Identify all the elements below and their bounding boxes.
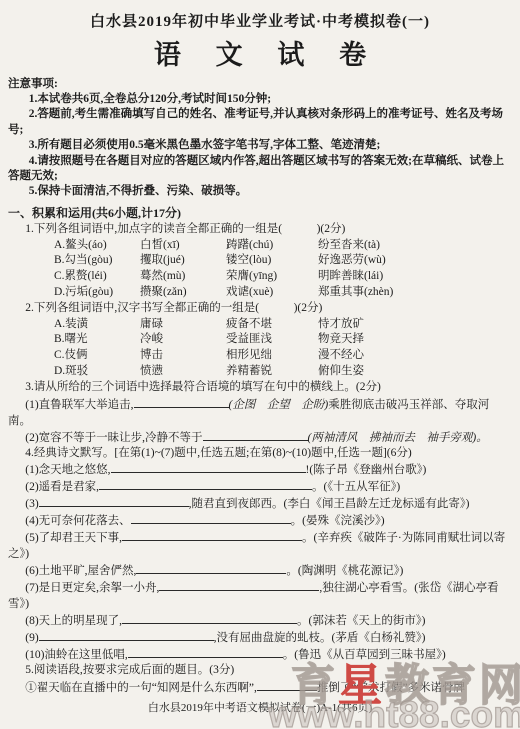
option-cell: 好逸恶劳(wù) (318, 253, 512, 269)
q4-item-2: (2)遥看是君家,。(《十五从军征》) (8, 478, 512, 495)
sub-text: ,没有屈曲盘旋的虬枝。(茅盾《白杨礼赞》) (214, 632, 426, 644)
option-cell: 博击 (140, 348, 226, 364)
sub-text: 推倒了“学术打假”多米诺骨牌 (317, 682, 465, 694)
answer-blank (122, 612, 297, 624)
q4-item-5: (5)了却君王天下事,。(辛弃疾《破阵子·为陈同甫赋壮词以寄之》) (8, 529, 512, 562)
section-heading: 一、积累和运用(共6小题,计17分) (8, 205, 512, 222)
sub-text: (1)念天地之悠悠, (25, 464, 110, 476)
sub-text: 。(《十五从军征》) (312, 481, 400, 493)
option-cell: A.鳌头(áo) (54, 238, 140, 254)
option-cell: 养精蓄锐 (226, 364, 318, 380)
sub-text: (5)了却君王天下事, (25, 532, 122, 544)
option-cell: B.曙光 (54, 332, 140, 348)
question-stem-1: 1.下列各组词语中,加点字的读音全都正确的一组是( )(2分) (8, 222, 512, 238)
sub-text: (10)油蛉在这里低唱, (25, 649, 128, 661)
sub-text: (4)无可奈何花落去、 (25, 515, 130, 527)
page-footer: 白水县2019年中考语文模拟试卷(一)A-1(共6页) (8, 701, 512, 716)
sub-question-3-2: (2)宽容不等于一昧让步,冷静不等于(两袖清风 拂袖而去 袖手旁观)。 (8, 429, 512, 446)
option-cell: B.勾当(gòu) (54, 253, 140, 269)
answer-blank (39, 629, 214, 641)
choice-words: (两袖清风 拂袖而去 袖手旁观)。 (308, 432, 488, 444)
option-cell: 庸碌 (140, 317, 226, 333)
option-cell: C.伎俩 (54, 348, 140, 364)
q4-item-3: (3),随君直到夜郎西。(李白《闻王昌龄左迁龙标遥有此寄》) (8, 495, 512, 512)
notices-label: 注意事项: (8, 77, 512, 92)
answer-blank (39, 495, 189, 507)
option-cell: 戏谑(xuè) (226, 285, 318, 301)
sub-text: (7)是日更定矣,余挐一小舟, (25, 582, 159, 594)
option-cell: 镂空(lòu) (226, 253, 318, 269)
sub-text: !(陈子昂《登幽州台歌》) (306, 464, 427, 476)
sub-text: 。(鲁迅《从百草园到三昧书屋》) (283, 649, 446, 661)
answer-blank (203, 429, 308, 441)
answer-blank (111, 461, 306, 473)
option-cell: D.斑驳 (54, 364, 140, 380)
option-cell: 纷至沓来(tà) (318, 238, 512, 254)
exam-header: 白水县2019年初中毕业学业考试·中考模拟卷(一) (8, 13, 512, 32)
option-cell: 恃才放矿 (318, 317, 512, 333)
option-cell: 郑重其事(zhèn) (318, 285, 512, 301)
option-cell: 物竞天择 (318, 332, 512, 348)
option-cell: 受益匪浅 (226, 332, 318, 348)
q4-item-8: (8)天上的明星现了,。(郭沫若《天上的街市》) (8, 612, 512, 629)
answer-blank (99, 478, 312, 490)
notice-item: 1.本试卷共6页,全卷总分120分,考试时间150分钟; (8, 92, 512, 107)
option-cell: 相形见绌 (226, 348, 318, 364)
sub-text: (1)直鲁联军大举追击, (25, 399, 133, 411)
sub-text: (9) (25, 632, 38, 644)
option-cell: 蓦然(mù) (140, 269, 226, 285)
q4-item-1: (1)念天地之悠悠,!(陈子昂《登幽州台歌》) (8, 461, 512, 478)
question-stem-4: 4.经典诗文默写。[在第(1)~(7)题中,任选五题;在第(8)~(10)题中,… (8, 446, 512, 462)
option-cell: 明眸善睐(lái) (318, 269, 512, 285)
notice-item: 5.保持卡面清洁,不得折叠、污染、破损等。 (8, 184, 512, 199)
option-cell: 漫不经心 (318, 348, 512, 364)
option-cell: 踌躇(chú) (226, 238, 318, 254)
sub-text: (2)宽容不等于一昧让步,冷静不等于 (25, 432, 202, 444)
answer-blank (134, 396, 229, 408)
option-cell: C.累赘(léi) (54, 269, 140, 285)
option-cell: 俯仰生姿 (318, 364, 512, 380)
answer-blank (136, 562, 286, 574)
answer-blank (257, 679, 317, 691)
sub-text: (6)土地平旷,屋舍俨然, (25, 565, 136, 577)
sub-question-3-1: (1)直鲁联军大举追击,(企图 企望 企盼)乘胜彻底击破冯玉祥部、夺取河南。 (8, 396, 512, 429)
sub-text: (8)天上的明星现了, (25, 615, 122, 627)
notice-item: 4.请按照题号在各题目对应的答题区域内作答,超出答题区域书写的答案无效;在草稿纸… (8, 154, 512, 185)
option-cell: 攒聚(zǎn) (140, 285, 226, 301)
question-2-options: A.装潢 庸碌 疲备不堪 恃才放矿 B.曙光 冷峻 受益匪浅 物竞天择 C.伎俩… (54, 317, 512, 380)
sub-text: ①翟天临在直播中的一句“知网是什么东西啊”, (25, 682, 257, 694)
option-cell: A.装潢 (54, 317, 140, 333)
answer-blank (131, 512, 291, 524)
sub-text: 。(陶渊明《桃花源记》) (286, 565, 403, 577)
answer-blank (128, 646, 283, 658)
question-stem-3: 3.请从所给的三个词语中选择最符合语境的填写在句中的横线上。(2分) (8, 380, 512, 396)
notice-item: 2.答题前,考生需准确填写自己的姓名、准考证号,并认真核对条形码上的准考证号、姓… (8, 107, 512, 138)
q4-item-4: (4)无可奈何花落去、。(晏殊《浣溪沙》) (8, 512, 512, 529)
sub-text: 。(郭沫若《天上的街市》) (297, 615, 425, 627)
option-cell: D.污垢(gòu) (54, 285, 140, 301)
option-cell: 荣膺(yīng) (226, 269, 318, 285)
notice-item: 3.所有题目必须使用0.5毫米黑色墨水签字笔书写,字体工整、笔迹清楚; (8, 138, 512, 153)
option-cell: 疲备不堪 (226, 317, 318, 333)
sub-text: ,随君直到夜郎西。(李白《闻王昌龄左迁龙标遥有此寄》) (189, 498, 470, 510)
sub-text: 。(晏殊《浣溪沙》) (291, 515, 385, 527)
notices-section: 注意事项: 1.本试卷共6页,全卷总分120分,考试时间150分钟; 2.答题前… (8, 77, 512, 200)
q4-item-7: (7)是日更定矣,余挐一小舟,,独往湖心亭看雪。(张岱《湖心亭看雪》) (8, 579, 512, 612)
option-cell: 愤懑 (140, 364, 226, 380)
sub-text: (2)遥看是君家, (25, 481, 99, 493)
choice-words: (企图 企望 企盼) (229, 399, 329, 411)
option-cell: 白皙(xī) (140, 238, 226, 254)
q4-item-6: (6)土地平旷,屋舍俨然,。(陶渊明《桃花源记》) (8, 562, 512, 579)
page-title: 语 文 试 卷 (8, 38, 512, 72)
option-cell: 冷峻 (140, 332, 226, 348)
question-stem-5: 5.阅读语段,按要求完成后面的题目。(3分) (8, 663, 512, 679)
exam-paper-page: 白水县2019年初中毕业学业考试·中考模拟卷(一) 语 文 试 卷 注意事项: … (0, 0, 520, 729)
answer-blank (122, 529, 302, 541)
option-cell: 攫取(jué) (140, 253, 226, 269)
sub-text: (3) (25, 498, 38, 510)
question-stem-2: 2.下列各组词语中,汉字书写全都正确的一组是( )(2分) (8, 301, 512, 317)
q4-item-10: (10)油蛉在这里低唱,。(鲁迅《从百草园到三昧书屋》) (8, 646, 512, 663)
answer-blank (159, 579, 319, 591)
q5-passage-line: ①翟天临在直播中的一句“知网是什么东西啊”,推倒了“学术打假”多米诺骨牌 (8, 679, 512, 696)
question-1-options: A.鳌头(áo) 白皙(xī) 踌躇(chú) 纷至沓来(tà) B.勾当(gò… (54, 238, 512, 301)
q4-item-9: (9),没有屈曲盘旋的虬枝。(茅盾《白杨礼赞》) (8, 629, 512, 646)
